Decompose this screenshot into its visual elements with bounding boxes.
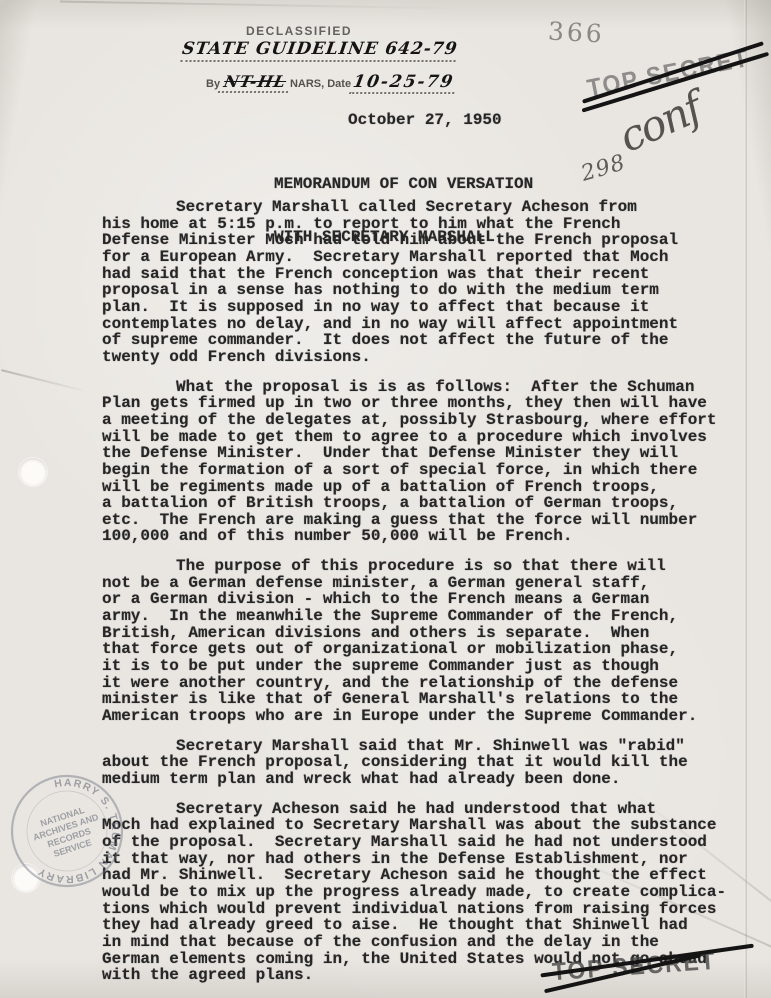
memo-text-line: The purpose of this procedure is so that… [102,558,762,575]
memo-text-line: will be regiments made up of a battalion… [102,479,762,496]
declassified-stamp-label: DECLASSIFIED [246,24,352,38]
memo-text-line: will be made to get them to agree to a p… [102,429,762,446]
memo-text-line: his home at 5:15 p.m. to report to him w… [102,216,762,233]
memo-text-line: Secretary Marshall called Secretary Ache… [102,199,762,216]
memo-text-line: had Mr. Shinwell. Secretary Acheson said… [102,867,762,884]
memo-text-line: tions which would prevent individual nat… [102,901,762,918]
memo-text-line: Secretary Acheson said he had understood… [102,801,762,818]
memo-text-line: army. In the meanwhile the Supreme Comma… [102,608,762,625]
memo-text-line: plan. It is supposed in no way to affect… [102,299,762,316]
memo-text-line: American troops who are in Europe under … [102,708,762,725]
memo-text-line: the Defense Minister. Under that Defense… [102,445,762,462]
paper-crease-top [60,1,460,9]
declass-by-line: ByNT-HLNARS, Date10-25-79 [206,72,456,94]
memo-text-line: proposal in a sense has nothing to do wi… [102,282,762,299]
nars-date-label: NARS, Date [290,78,351,90]
memo-text-line: etc. The French are making a guess that … [102,512,762,529]
memo-text-line: it were another country, and the relatio… [102,675,762,692]
memo-paragraph: The purpose of this procedure is so that… [102,558,762,725]
memo-text-line: would be to mix up the progress already … [102,884,762,901]
memo-text-line: not be a German defense minister, a Germ… [102,575,762,592]
memo-text-line: British, American divisions and others i… [102,625,762,642]
memo-date: October 27, 1950 [348,111,502,129]
memo-text-line: it is to be put under the supreme Comman… [102,658,762,675]
pencil-page-number: 366 [547,17,605,49]
memo-text-line: minister is like that of General Marshal… [102,691,762,708]
pencil-register-number: 298 [578,150,628,186]
memo-text-line: Plan gets firmed up in two or three mont… [102,395,762,412]
memo-text-line: or a German division - which to the Fren… [102,591,762,608]
memo-text-line: twenty odd French divisions. [102,349,762,366]
memo-paragraph: What the proposal is is as follows: Afte… [102,379,762,546]
memo-text-line: contemplates no delay, and in no way wil… [102,316,762,333]
memo-text-line: Defense Minister Moch had told him about… [102,232,762,249]
memo-text-line: begin the formation of a sort of special… [102,462,762,479]
memo-text-line: they had already greed to aise. He thoug… [102,917,762,934]
memo-text-line: about the French proposal, considering t… [102,754,762,771]
scanned-memo-page: DECLASSIFIED STATE GUIDELINE 642-79 ByNT… [0,0,771,998]
memo-paragraph: Secretary Marshall called Secretary Ache… [102,199,762,366]
memo-text-line: What the proposal is is as follows: Afte… [102,379,762,396]
memo-body: Secretary Marshall called Secretary Ache… [102,199,762,997]
memo-text-line: that force gets out of organizational or… [102,641,762,658]
memo-text-line: of supreme commander. It does not affect… [102,332,762,349]
memo-title-line1: MEMORANDUM OF CON VERSATION [274,176,533,194]
memo-text-line: Moch had explained to Secretary Marshall… [102,817,762,834]
memo-text-line: a meeting of the delegates at, possibly … [102,412,762,429]
memo-text-line: of the proposal. Secretary Marshall said… [102,834,762,851]
memo-text-line: a battalion of British troops, a battali… [102,495,762,512]
memo-text-line: for a European Army. Secretary Marshall … [102,249,762,266]
memo-text-line: had said that the French conception was … [102,266,762,283]
memo-text-line: in mind that because of the confusion an… [102,934,762,951]
memo-text-line: medium term plan and wreck what had alre… [102,771,762,788]
hole-punch-top [19,458,47,486]
memo-paragraph: Secretary Marshall said that Mr. Shinwel… [102,738,762,788]
memo-text-line: it that way, nor had others in the Defen… [102,851,762,868]
paper-crease-left [1,369,89,393]
memo-text-line: Secretary Marshall said that Mr. Shinwel… [102,738,762,755]
memo-text-line: 100,000 and of this number 50,000 will b… [102,528,762,545]
declass-date-handwriting: 10-25-79 [349,72,458,94]
reviewer-signature-handwriting: NT-HL [218,72,292,93]
declass-guideline-handwriting: STATE GUIDELINE 642-79 [180,39,459,62]
